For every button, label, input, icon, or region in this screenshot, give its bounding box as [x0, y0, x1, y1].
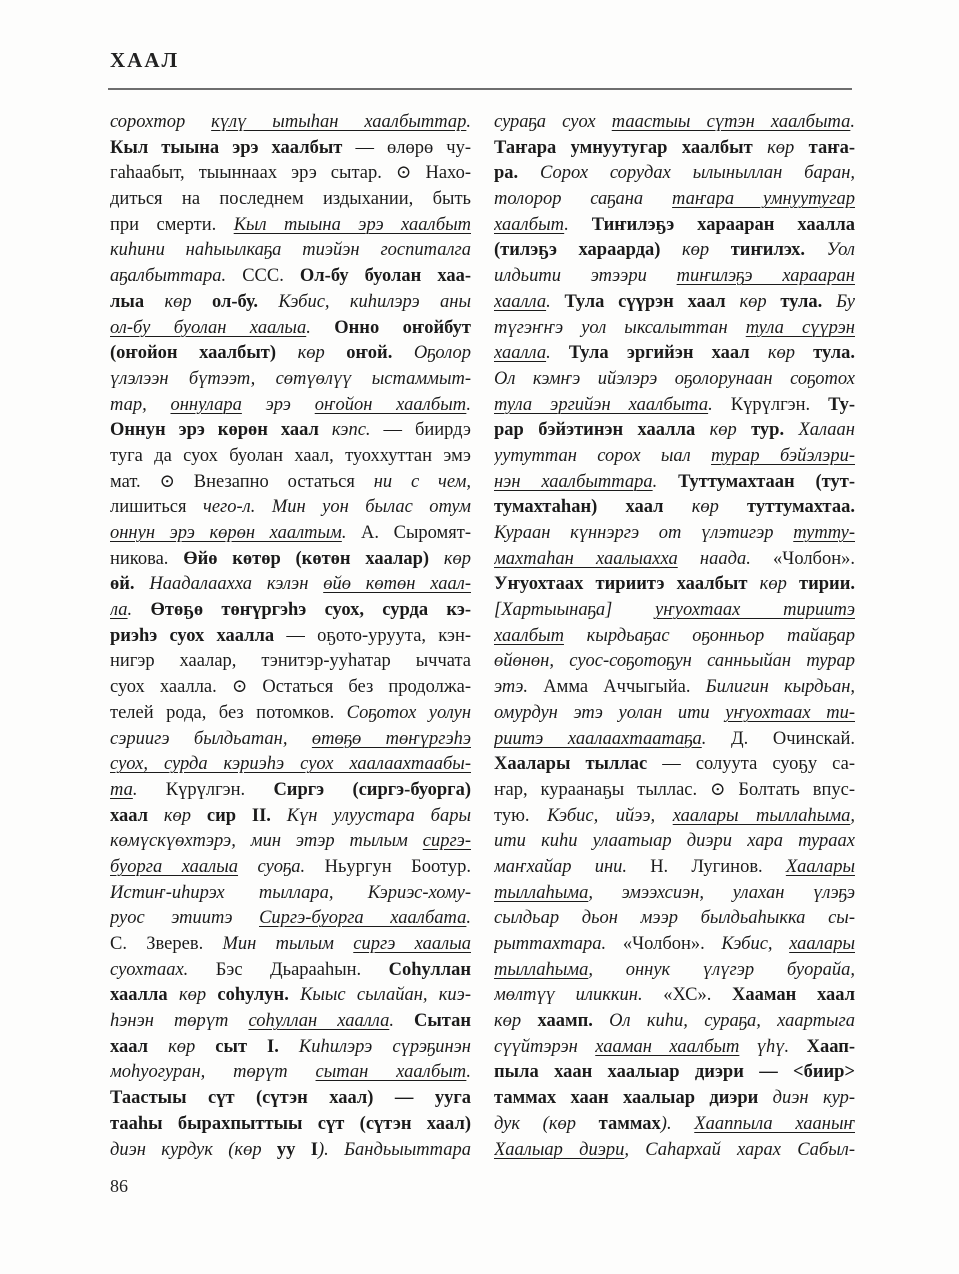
text-run: Оҕолор	[414, 343, 471, 363]
text-run: аҕалбыттара.	[110, 266, 226, 286]
text-line: мөлтүү иликкин. «ХС». Хааман хаал	[494, 983, 855, 1009]
text-run: — солуута суоҕу са-	[647, 754, 855, 774]
text-run: хаалла	[110, 985, 179, 1005]
text-run: этэ.	[494, 677, 543, 697]
text-run: лишиться	[110, 497, 203, 517]
text-run: уҥуохтаах ти-	[725, 703, 855, 723]
text-run: Хааман хаал	[732, 985, 855, 1005]
text-run: Кураан күннэргэ от үлэтигэр	[494, 523, 793, 543]
text-run: Кыл тыына эрэ хаалбыт	[234, 215, 471, 235]
text-run: оҥой.	[325, 343, 414, 363]
text-line: тую. Кэбис, ийээ, хаалары тыллаһыма,	[494, 804, 855, 830]
text-run: кэпс.	[332, 420, 371, 440]
text-line: хаалбыт кырдьаҕас оҕонньор тайаҕар	[494, 624, 855, 650]
text-run: сорохтор	[110, 112, 211, 132]
text-run: сыт I.	[195, 1037, 299, 1057]
text-line: лыа көр ол-бу. Кэбис, киһилэрэ аны	[110, 290, 471, 316]
text-run: Ол-бу буолан хаа-	[300, 266, 471, 286]
text-run: ,	[850, 806, 855, 826]
text-line: тыллаһыма, оннук үлүгэр буорайа,	[494, 958, 855, 984]
text-run: пыла хаан хаалыар диэри — <биир>	[494, 1062, 855, 1082]
text-run: уҥуохтаах тириитэ	[655, 600, 855, 620]
text-run: көр	[682, 240, 709, 260]
text-line: тар, оннулара эрэ оҥойон хаалбыт.	[110, 393, 471, 419]
text-run: таастыы сүтэн хаалбыта	[612, 112, 851, 132]
text-run: .	[546, 343, 569, 363]
text-run: сураҕа суох	[494, 112, 612, 132]
text-run: Халаан	[798, 420, 855, 440]
text-line: (оҥойон хаалбыт) көр оҥой. Оҕолор	[110, 341, 471, 367]
text-run: туттумахтаа.	[719, 497, 855, 517]
text-run: Сиргэ (сиргэ-буорга)	[273, 780, 471, 800]
text-run: Хаалары	[786, 857, 855, 877]
text-run: .	[702, 729, 731, 749]
text-run: суох хаалла. ⊙ Остаться без продолжа-	[110, 677, 471, 697]
text-run: .	[546, 292, 564, 312]
text-run: диэн кур-	[773, 1088, 855, 1108]
text-block: сорохтор күлү ытыһан хаалбыттар.Кыл тыын…	[110, 110, 856, 1163]
text-run: буорга хаалыа	[110, 857, 238, 877]
text-line: дук (көр таммах). Хааппыла хааныҥ	[494, 1112, 855, 1138]
text-line: диться на последнем издыхании, быть	[110, 187, 471, 213]
text-line: маҥхайар ини. Н. Лугинов. Хаалары	[494, 855, 855, 881]
text-run: Кыл тыына эрэ хаалбыт	[110, 138, 342, 158]
text-run: тиҥилэх.	[709, 240, 826, 260]
text-run: оннулара	[170, 395, 241, 415]
text-run: мөлтүү иликкин.	[494, 985, 663, 1005]
text-run: Таҥара умнуутугар хаалбыт	[494, 138, 767, 158]
text-run: эрэ	[242, 395, 315, 415]
text-line: хаал көр сир II. Күн улуустара бары	[110, 804, 471, 830]
text-run: ра.	[494, 163, 540, 183]
text-run: — өлөрө чу-	[342, 138, 471, 158]
text-run: «Чолбон».	[773, 549, 855, 569]
text-run: (оҥойон хаалбыт)	[110, 343, 298, 363]
text-run: Кэбис,	[721, 934, 789, 954]
text-line: тыллаһыма, эмээхсиэн, улахан үлэҕэ	[494, 881, 855, 907]
text-run: Ол киһи, сураҕа, хаартыга	[609, 1011, 855, 1031]
text-run: суоҕа.	[238, 857, 325, 877]
text-run: Соһуллан	[389, 960, 471, 980]
text-run: , эмээхсиэн, улахан үлэҕэ	[588, 883, 855, 903]
text-run: көр	[298, 343, 325, 363]
text-run: та	[110, 780, 133, 800]
text-line: Кураан күннэргэ от үлэтигэр тутту-	[494, 521, 855, 547]
text-run: Уҥуохтаах тириитэ хаалбыт	[494, 574, 760, 594]
text-run: Күрүлгэн.	[166, 780, 274, 800]
text-run: мат. ⊙ Внезапно остаться	[110, 472, 374, 492]
text-line: көмүскүөхтэрэ, мин этэр тылым сиргэ-	[110, 829, 471, 855]
text-line: сүүйтэрэн хааман хаалбыт үһү. Хаап-	[494, 1035, 855, 1061]
text-run: тар,	[110, 395, 170, 415]
text-run: руос этиитэ	[110, 908, 259, 928]
text-run: сэриигэ былдьатан,	[110, 729, 312, 749]
text-run: көр	[494, 1011, 537, 1031]
text-line: хаалла көр соһулун. Кыыс сылайан, киэ-	[110, 983, 471, 1009]
text-run: (тилэҕэ хараарда)	[494, 240, 682, 260]
text-run: Кэбис, ийээ,	[547, 806, 673, 826]
text-run: Д. Очинскай.	[731, 729, 855, 749]
text-run: рар бэйэтинэн хаалла	[494, 420, 710, 440]
text-run: көр	[710, 420, 737, 440]
text-run: Өтөҕө төҥүргэһэ суох, сурда кэ-	[150, 600, 471, 620]
text-run: өй.	[110, 574, 149, 594]
text-run: Наадалаахха кэлэн	[149, 574, 323, 594]
text-line: гаһаабыт, тыыннаах эрэ сытар. ⊙ Нахо-	[110, 161, 471, 187]
text-line: ҥар, кураанаҕы тыллас. ⊙ Болтать впус-	[494, 778, 855, 804]
text-run: суохтаах.	[110, 960, 216, 980]
text-run: сиргэ-	[423, 831, 471, 851]
text-run: Соҕотох уолун	[347, 703, 471, 723]
text-run: .	[342, 523, 361, 543]
text-run: гаһаабыт, тыыннаах эрэ сытар. ⊙ Нахо-	[110, 163, 471, 183]
text-run: хаалары тыллаһыма	[673, 806, 851, 826]
text-run: .	[564, 215, 592, 235]
text-run: [Хартыынаҕа]	[494, 600, 655, 620]
text-run: көр	[760, 574, 787, 594]
text-line: ла. Өтөҕө төҥүргэһэ суох, сурда кэ-	[110, 598, 471, 624]
text-run: , Саһархай харах Сабыл-	[624, 1140, 855, 1160]
text-line: Истиҥ-иһирэх тыллара, Кэриэс-хому-	[110, 881, 471, 907]
text-run: наада.	[678, 549, 773, 569]
text-line: өйөнөн, суос-соҕотоҕун санньыйан турар	[494, 649, 855, 675]
text-run: түгэҥҥэ уол ыксалыттан	[494, 318, 746, 338]
text-run: Хаап-	[807, 1037, 855, 1057]
text-run: ). Бандьыыттара	[318, 1140, 471, 1160]
text-run: Ол кэмҥэ ийэлэрэ оҕолорунаан соҕотох	[494, 369, 855, 389]
text-run: , оннук үлүгэр буорайа,	[588, 960, 855, 980]
text-line: Хаалыар диэри, Саһархай харах Сабыл-	[494, 1138, 855, 1164]
text-run: уу I	[277, 1140, 318, 1160]
text-run: нигэр хаалар, тэнитэр-ууһатар ыччата	[110, 651, 471, 671]
text-run: тыллаһыма	[494, 883, 588, 903]
text-line: суох, сурда кэриэһэ суох хаалаахтаабы-	[110, 752, 471, 778]
text-run: соһулун.	[206, 985, 300, 1005]
text-run: ни с чем,	[374, 472, 471, 492]
text-line: туга да суох буолан хаал, туоххуттан эмэ	[110, 444, 471, 470]
text-run: .	[128, 600, 151, 620]
text-run: ол-бу буолан хаалыа	[110, 318, 306, 338]
text-line: хаалла. Тула эргийэн хаал көр тула.	[494, 341, 855, 367]
text-run: .	[466, 908, 471, 928]
text-line: сураҕа суох таастыы сүтэн хаалбыта.	[494, 110, 855, 136]
text-run: таммах хаан хаалыар диэри	[494, 1088, 773, 1108]
text-line: Таҥара умнуутугар хаалбыт көр таҥа-	[494, 136, 855, 162]
text-run: маҥхайар ини.	[494, 857, 650, 877]
text-run: моһуогуран, төрүт	[110, 1062, 316, 1082]
dictionary-page: ХААЛ сорохтор күлү ытыһан хаалбыттар.Кыл…	[0, 0, 959, 1274]
text-line: сорохтор күлү ытыһан хаалбыттар.	[110, 110, 471, 136]
text-line: риитэ хаалаахтаатаҕа. Д. Очинскай.	[494, 727, 855, 753]
text-line: тумахтаһан) хаал көр туттумахтаа.	[494, 495, 855, 521]
text-run: соһуллан хаалла	[248, 1011, 389, 1031]
text-line: аҕалбыттара. ССС. Ол-бу буолан хаа-	[110, 264, 471, 290]
text-run: ла	[110, 600, 128, 620]
text-line: никова. Өйө көтөр (көтөн хаалар) көр	[110, 547, 471, 573]
text-run: Туттумахтаан (тут-	[678, 472, 855, 492]
text-run: уутуттан сорох ыал	[494, 446, 711, 466]
text-run: тула эргийэн хаалбыта	[494, 395, 708, 415]
running-head: ХААЛ	[110, 48, 179, 73]
text-line: риэһэ суох хаалла — оҕото-уруута, кэн-	[110, 624, 471, 650]
text-line: толорор саҕана таҥара умнуутугар	[494, 187, 855, 213]
text-run: Онно оҥойбут	[334, 318, 471, 338]
text-run: Күн улуустара бары	[287, 806, 471, 826]
text-run: тутту-	[793, 523, 855, 543]
text-run: Тула сүүрэн хаал	[565, 292, 740, 312]
text-run: өйө көтөн хаал-	[323, 574, 471, 594]
text-run: тур.	[737, 420, 799, 440]
text-line: түгэҥҥэ уол ыксалыттан тула сүүрэн	[494, 316, 855, 342]
text-line: хаал көр сыт I. Киһилэрэ сүрэҕинэн	[110, 1035, 471, 1061]
text-run: киһини наһыылкаҕа тиэйэн госпиталга	[110, 240, 471, 260]
text-line: [Хартыынаҕа] уҥуохтаах тириитэ	[494, 598, 855, 624]
text-run: тула.	[767, 292, 837, 312]
text-run: көр	[168, 1037, 195, 1057]
column-left: сорохтор күлү ытыһан хаалбыттар.Кыл тыын…	[110, 110, 471, 1163]
text-run: хаалбыт	[494, 626, 564, 646]
text-line: үлэлээн бүтээт, сөтүөлүү ыстаммыт-	[110, 367, 471, 393]
text-run: А. Сыромят-	[361, 523, 471, 543]
text-run: Уол	[827, 240, 855, 260]
text-run: .	[466, 395, 471, 415]
text-run: лыа	[110, 292, 164, 312]
text-run: тыллаһыма	[494, 960, 588, 980]
text-run: көр	[767, 138, 794, 158]
text-run: .	[653, 472, 678, 492]
text-run: рыттахтара.	[494, 934, 623, 954]
text-line: ра. Сорох сорудах ылыныллан баран,	[494, 161, 855, 187]
text-line: та. Күрүлгэн. Сиргэ (сиргэ-буорга)	[110, 778, 471, 804]
text-run: көр	[739, 292, 766, 312]
text-run: нэн хаалбыттара	[494, 472, 653, 492]
text-run: С. Зверев.	[110, 934, 223, 954]
text-run: тааһы бырахпыттыы сүт (сүтэн хаал)	[110, 1114, 471, 1134]
text-line: ол-бу буолан хаалыа. Онно оҥойбут	[110, 316, 471, 342]
text-run: Бу	[836, 292, 855, 312]
text-run: өйөнөн, суос-соҕотоҕун санньыйан турар	[494, 651, 855, 671]
text-run: оҥойон хаалбыт	[315, 395, 467, 415]
text-run: күлү ытыһан хаалбыттар	[211, 112, 466, 132]
text-run: Оннун эрэ көрөн хаал	[110, 420, 332, 440]
text-run: ССС.	[226, 266, 300, 286]
text-run: толорор саҕана	[494, 189, 672, 209]
text-run: хаалбыт	[494, 215, 564, 235]
text-run: Бэс Дьарааһын.	[216, 960, 389, 980]
text-run: Сытан	[414, 1011, 471, 1031]
text-run: өтөҕө төҥүргэһэ	[312, 729, 471, 749]
text-run: үһү.	[739, 1037, 806, 1057]
text-line: руос этиитэ Сиргэ-буорга хаалбата.	[110, 906, 471, 932]
text-run: Истиҥ-иһирэх тыллара, Кэриэс-хому-	[110, 883, 471, 903]
text-line: буорга хаалыа суоҕа. Ньургун Боотур.	[110, 855, 471, 881]
text-run: таҥа-	[794, 138, 855, 158]
text-run: тумахтаһан) хаал	[494, 497, 692, 517]
text-run: риэһэ суох хаалла	[110, 626, 274, 646]
text-run: хаамп.	[537, 1011, 609, 1031]
text-line: Хаалары тыллас — солуута суоҕу са-	[494, 752, 855, 778]
text-line: сэриигэ былдьатан, өтөҕө төҥүргэһэ	[110, 727, 471, 753]
text-run: тула сүүрэн	[746, 318, 855, 338]
text-run: һэнэн төрүт	[110, 1011, 248, 1031]
text-run: Ту-	[828, 395, 855, 415]
text-line: рар бэйэтинэн хаалла көр тур. Халаан	[494, 418, 855, 444]
text-run: «Чолбон».	[623, 934, 722, 954]
text-run: көр	[444, 549, 471, 569]
column-right: сураҕа суох таастыы сүтэн хаалбыта.Таҥар…	[494, 110, 855, 1163]
text-run: хаал	[110, 806, 164, 826]
text-run: ол-бу.	[192, 292, 279, 312]
text-run: хааман хаалбыт	[595, 1037, 739, 1057]
text-line: уутуттан сорох ыал турар бэйэлэри-	[494, 444, 855, 470]
text-line: хаалбыт. Тиҥилэҕэ харааран хаалла	[494, 213, 855, 239]
text-run: Мин тылым	[223, 934, 354, 954]
text-line: мат. ⊙ Внезапно остаться ни с чем,	[110, 470, 471, 496]
text-run: туга да суох буолан хаал, туоххуттан эмэ	[110, 446, 471, 466]
text-run: телей рода, без потомков.	[110, 703, 347, 723]
text-line: оннун эрэ көрөн хаалтым. А. Сыромят-	[110, 521, 471, 547]
text-run: .	[133, 780, 166, 800]
text-run: көр	[179, 985, 206, 1005]
text-run: Күрүлгэн.	[731, 395, 828, 415]
text-line: омурдун этэ уолан ити уҥуохтаах ти-	[494, 701, 855, 727]
text-line: киһини наһыылкаҕа тиэйэн госпиталга	[110, 238, 471, 264]
text-line: сылдьар дьон мээр былдьаһыкка сы-	[494, 906, 855, 932]
text-run: Хаалыар диэри	[494, 1140, 624, 1160]
text-line: тула эргийэн хаалбыта. Күрүлгэн. Ту-	[494, 393, 855, 419]
text-line: Таастыы сүт (сүтэн хаал) — ууга	[110, 1086, 471, 1112]
text-run: — оҕото-уруута, кэн-	[274, 626, 471, 646]
text-run: хаалла	[494, 343, 546, 363]
text-run: илдьити этээри	[494, 266, 677, 286]
text-run: Тиҥилэҕэ харааран хаалла	[592, 215, 855, 235]
text-run: хаал	[110, 1037, 168, 1057]
text-run: дук (көр	[494, 1114, 599, 1134]
text-run: .	[708, 395, 731, 415]
text-run: никова.	[110, 549, 183, 569]
text-run: .	[850, 112, 855, 132]
text-line: суохтаах. Бэс Дьарааһын. Соһуллан	[110, 958, 471, 984]
text-run: кырдьаҕас оҕонньор тайаҕар	[564, 626, 855, 646]
text-line: нэн хаалбыттара. Туттумахтаан (тут-	[494, 470, 855, 496]
text-run: Ньургун Боотур.	[325, 857, 471, 877]
text-line: махтаһан хаалыахха наада. «Чолбон».	[494, 547, 855, 573]
text-line: Ол кэмҥэ ийэлэрэ оҕолорунаан соҕотох	[494, 367, 855, 393]
text-run: Билигин кырдьан,	[706, 677, 855, 697]
header-rule	[108, 88, 852, 90]
text-run: Хаалары тыллас	[494, 754, 647, 774]
text-run: — биирдэ	[371, 420, 471, 440]
text-run: Киһилэрэ сүрэҕинэн	[299, 1037, 471, 1057]
text-run: при смерти.	[110, 215, 234, 235]
text-run: «ХС».	[663, 985, 732, 1005]
text-run: таҥара умнуутугар	[672, 189, 855, 209]
text-run: омурдун этэ уолан ити	[494, 703, 725, 723]
text-run: көр	[164, 292, 191, 312]
text-line: при смерти. Кыл тыына эрэ хаалбыт	[110, 213, 471, 239]
text-run: көр	[692, 497, 719, 517]
text-line: нигэр хаалар, тэнитэр-ууһатар ыччата	[110, 649, 471, 675]
text-run: көр	[164, 806, 191, 826]
text-run: Хааппыла хааныҥ	[694, 1114, 855, 1134]
text-run: чего-л. Мин уон былас отум	[203, 497, 471, 517]
text-run: тула.	[795, 343, 855, 363]
text-run: Сиргэ-буорга хаалбата	[259, 908, 466, 928]
text-run: ҥар, кураанаҕы тыллас. ⊙ Болтать впус-	[494, 780, 855, 800]
text-run: хаалары	[789, 934, 855, 954]
text-run: Кыыс сылайан, киэ-	[300, 985, 471, 1005]
text-run: риитэ хаалаахтаатаҕа	[494, 729, 702, 749]
text-line: һэнэн төрүт соһуллан хаалла. Сытан	[110, 1009, 471, 1035]
text-line: таммах хаан хаалыар диэри диэн кур-	[494, 1086, 855, 1112]
text-line: илдьити этээри тиҥилэҕэ харааран	[494, 264, 855, 290]
text-run: оннун эрэ көрөн хаалтым	[110, 523, 342, 543]
text-line: суох хаалла. ⊙ Остаться без продолжа-	[110, 675, 471, 701]
text-run: таммах	[599, 1114, 661, 1134]
text-line: (тилэҕэ хараарда) көр тиҥилэх. Уол	[494, 238, 855, 264]
text-line: Оннун эрэ көрөн хаал кэпс. — биирдэ	[110, 418, 471, 444]
text-run: Н. Лугинов.	[650, 857, 786, 877]
text-run: тую.	[494, 806, 547, 826]
text-run: көмүскүөхтэрэ, мин этэр тылым	[110, 831, 423, 851]
text-line: хаалла. Тула сүүрэн хаал көр тула. Бу	[494, 290, 855, 316]
text-run: ).	[661, 1114, 694, 1134]
text-run: тирии.	[787, 574, 855, 594]
text-line: С. Зверев. Мин тылым сиргэ хаалыа	[110, 932, 471, 958]
text-run: үлэлээн бүтээт, сөтүөлүү ыстаммыт-	[110, 369, 471, 389]
text-line: Уҥуохтаах тириитэ хаалбыт көр тирии.	[494, 572, 855, 598]
text-run: Кэбис, киһилэрэ аны	[278, 292, 471, 312]
text-run: Сорох сорудах ылыныллан баран,	[540, 163, 855, 183]
text-line: диэн курдук (көр уу I). Бандьыыттара	[110, 1138, 471, 1164]
text-line: телей рода, без потомков. Соҕотох уолун	[110, 701, 471, 727]
text-line: лишиться чего-л. Мин уон былас отум	[110, 495, 471, 521]
page-number: 86	[110, 1176, 128, 1197]
text-line: өй. Наадалаахха кэлэн өйө көтөн хаал-	[110, 572, 471, 598]
text-line: пыла хаан хаалыар диэри — <биир>	[494, 1060, 855, 1086]
text-run: ити киһи улаатыар диэри хара тураах	[494, 831, 855, 851]
text-line: Кыл тыына эрэ хаалбыт — өлөрө чу-	[110, 136, 471, 162]
text-run: .	[466, 112, 471, 132]
text-run: Таастыы сүт (сүтэн хаал) — ууга	[110, 1088, 471, 1108]
text-line: рыттахтара. «Чолбон». Кэбис, хаалары	[494, 932, 855, 958]
text-run: сүүйтэрэн	[494, 1037, 595, 1057]
text-run: тиҥилэҕэ харааран	[677, 266, 855, 286]
text-run: көр	[768, 343, 795, 363]
text-run: махтаһан хаалыахха	[494, 549, 678, 569]
text-line: этэ. Амма Аччыгыйа. Билигин кырдьан,	[494, 675, 855, 701]
text-run: .	[466, 1062, 471, 1082]
text-line: көр хаамп. Ол киһи, сураҕа, хаартыга	[494, 1009, 855, 1035]
text-run: Тула эргийэн хаал	[569, 343, 768, 363]
text-run: Амма Аччыгыйа.	[543, 677, 705, 697]
text-run: Өйө көтөр (көтөн хаалар)	[183, 549, 444, 569]
text-line: ити киһи улаатыар диэри хара тураах	[494, 829, 855, 855]
text-run: суох, сурда кэриэһэ суох хаалаахтаабы-	[110, 754, 471, 774]
text-line: тааһы бырахпыттыы сүт (сүтэн хаал)	[110, 1112, 471, 1138]
text-run: сытан хаалбыт	[316, 1062, 467, 1082]
text-run: диться на последнем издыхании, быть	[110, 189, 471, 209]
text-run: сир II.	[191, 806, 287, 826]
text-run: сылдьар дьон мээр былдьаһыкка сы-	[494, 908, 855, 928]
text-run: .	[306, 318, 334, 338]
text-run: диэн курдук (көр	[110, 1140, 277, 1160]
text-run: турар бэйэлэри-	[711, 446, 855, 466]
text-run: .	[389, 1011, 414, 1031]
text-line: моһуогуран, төрүт сытан хаалбыт.	[110, 1060, 471, 1086]
text-run: хаалла	[494, 292, 546, 312]
text-run: сиргэ хаалыа	[353, 934, 471, 954]
